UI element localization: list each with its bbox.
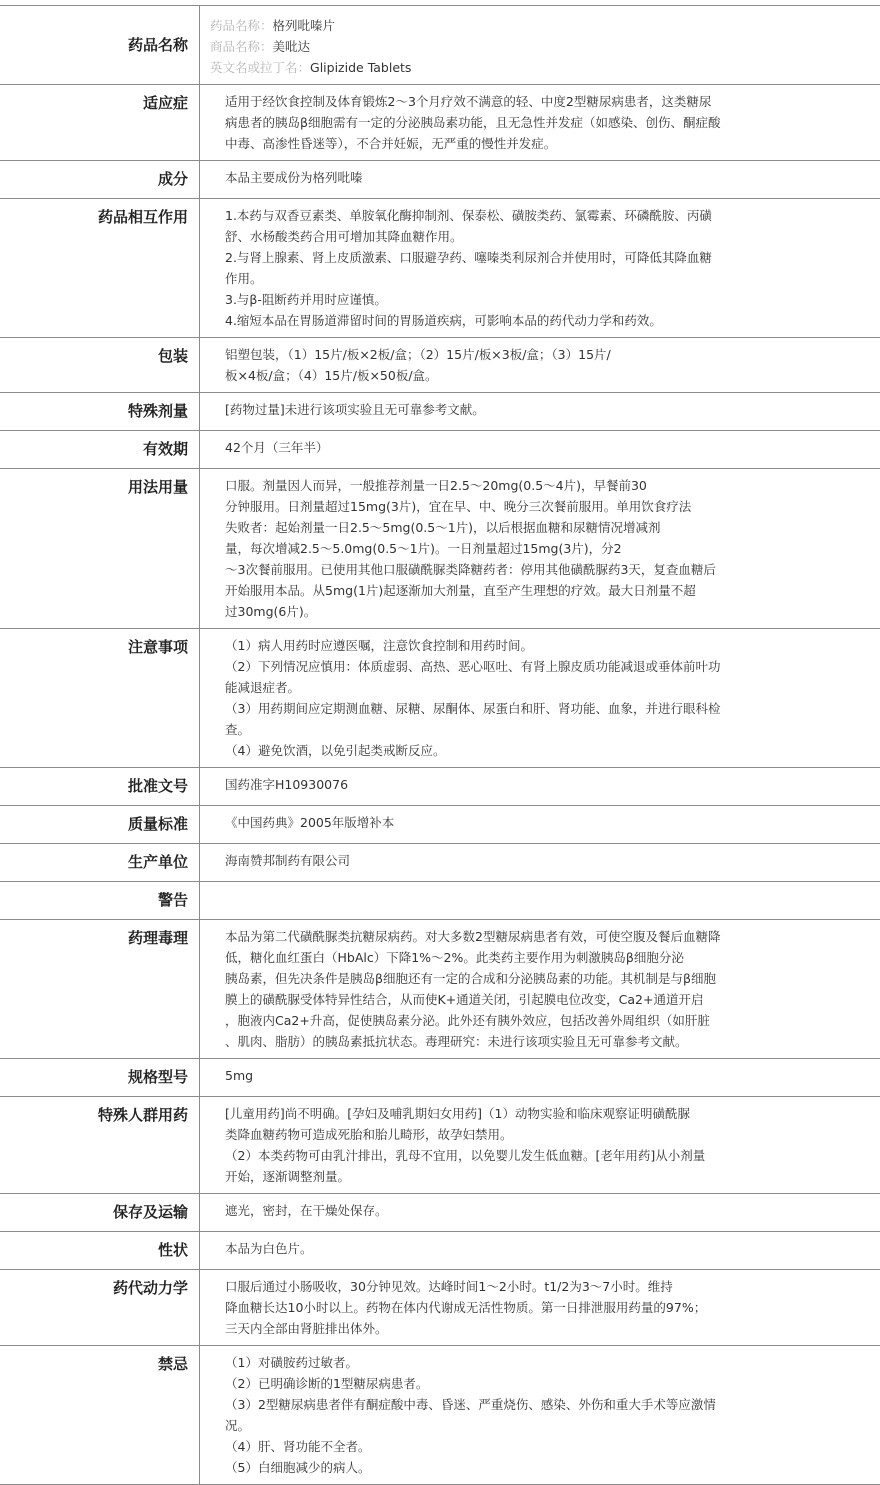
- english-name-key: 英文名或拉丁名：: [210, 60, 310, 75]
- row-value: 本品主要成份为格列吡嗪: [200, 161, 880, 199]
- table-row: 注意事项（1）病人用药时应遵医嘱，注意饮食控制和用药时间。（2）下列情况应慎用：…: [0, 629, 880, 768]
- row-label: 药品相互作用: [0, 199, 200, 338]
- row-label: 适应症: [0, 85, 200, 161]
- row-value: 铝塑包装，（1）15片/板×2板/盒；（2）15片/板×3板/盒；（3）15片/…: [200, 338, 880, 393]
- value-line: 本品为白色片。: [225, 1238, 790, 1259]
- value-line: （1）病人用药时应遵医嘱，注意饮食控制和用药时间。: [225, 635, 790, 656]
- value-line: 本品为第二代磺酰脲类抗糖尿病药。对大多数2型糖尿病患者有效，可使空腹及餐后血糖降: [225, 926, 790, 947]
- table-row: 特殊剂量[药物过量]未进行该项实验且无可靠参考文献。: [0, 393, 880, 431]
- table-row: 禁忌（1）对磺胺药过敏者。（2）已明确诊断的1型糖尿病患者。（3）2型糖尿病患者…: [0, 1346, 880, 1451]
- table-row: 药理毒理本品为第二代磺酰脲类抗糖尿病药。对大多数2型糖尿病患者有效，可使空腹及餐…: [0, 920, 880, 1059]
- value-line: ～3次餐前服用。已使用其他口服磺酰脲类降糖药者：停用其他磺酰脲药3天，复查血糖后: [225, 559, 790, 580]
- table-row: 规格型号5mg: [0, 1059, 880, 1097]
- trade-name-line: 商品名称：美吡达: [210, 36, 870, 57]
- table-row: 质量标准《中国药典》2005年版增补本: [0, 806, 880, 844]
- value-line: （2）本类药物可由乳汁排出，乳母不宜用，以免婴儿发生低血糖。[老年用药]从小剂量: [225, 1145, 790, 1166]
- row-label: 警告: [0, 882, 200, 920]
- value-line: 国药准字H10930076: [225, 774, 790, 795]
- value-line: 1.本药与双香豆素类、单胺氧化酶抑制剂、保泰松、磺胺类药、氯霉素、环磷酰胺、丙磺: [225, 205, 790, 226]
- row-label: 药品名称: [0, 6, 200, 85]
- value-line: 量，每次增减2.5～5.0mg(0.5～1片)。一日剂量超过15mg(3片)，分…: [225, 538, 790, 559]
- generic-name-key: 药品名称：: [210, 18, 273, 33]
- value-line: 板×4板/盒；（4）15片/板×50板/盒。: [225, 365, 790, 386]
- english-name-line: 英文名或拉丁名：Glipizide Tablets: [210, 57, 870, 78]
- value-line: 三天内全部由肾脏排出体外。: [225, 1318, 790, 1339]
- value-line: ，胞液内Ca2+升高，促使胰岛素分泌。此外还有胰外效应，包括改善外周组织（如肝脏: [225, 1010, 790, 1031]
- row-value: 42个月（三年半）: [200, 431, 880, 469]
- value-line: 5mg: [225, 1065, 790, 1086]
- row-label: 批准文号: [0, 768, 200, 806]
- value-line: 胰岛素，但先决条件是胰岛β细胞还有一定的合成和分泌胰岛素的功能。其机制是与β细胞: [225, 968, 790, 989]
- row-label: 特殊剂量: [0, 393, 200, 431]
- value-line: 类降血糖药物可造成死胎和胎儿畸形，故孕妇禁用。: [225, 1124, 790, 1145]
- row-value: 国药准字H10930076: [200, 768, 880, 806]
- value-line: 遮光，密封，在干燥处保存。: [225, 1200, 790, 1221]
- table-row-drug-name: 药品名称 药品名称：格列吡嗪片 商品名称：美吡达 英文名或拉丁名：Glipizi…: [0, 6, 880, 85]
- value-line: 口服。剂量因人而异，一般推荐剂量一日2.5～20mg(0.5～4片)，早餐前30: [225, 475, 790, 496]
- row-value: [药物过量]未进行该项实验且无可靠参考文献。: [200, 393, 880, 431]
- value-line: （3）用药期间应定期测血糖、尿糖、尿酮体、尿蛋白和肝、肾功能、血象，并进行眼科检: [225, 698, 790, 719]
- row-value: [200, 882, 880, 920]
- value-line: 失败者：起始剂量一日2.5～5mg(0.5～1片)，以后根据血糖和尿糖情况增减剂: [225, 517, 790, 538]
- value-line: 能减退症者。: [225, 677, 790, 698]
- row-label: 生产单位: [0, 844, 200, 882]
- row-value: 口服。剂量因人而异，一般推荐剂量一日2.5～20mg(0.5～4片)，早餐前30…: [200, 469, 880, 629]
- row-value: 5mg: [200, 1059, 880, 1097]
- value-line: 《中国药典》2005年版增补本: [225, 812, 790, 833]
- table-row: 适应症适用于经饮食控制及体育锻炼2～3个月疗效不满意的轻、中度2型糖尿病患者，这…: [0, 85, 880, 161]
- table-row: 用法用量口服。剂量因人而异，一般推荐剂量一日2.5～20mg(0.5～4片)，早…: [0, 469, 880, 629]
- table-row: 特殊人群用药[儿童用药]尚不明确。[孕妇及哺乳期妇女用药]（1）动物实验和临床观…: [0, 1097, 880, 1194]
- row-label: 规格型号: [0, 1059, 200, 1097]
- generic-name-line: 药品名称：格列吡嗪片: [210, 15, 870, 36]
- row-value: （1）对磺胺药过敏者。（2）已明确诊断的1型糖尿病患者。（3）2型糖尿病患者伴有…: [200, 1346, 880, 1451]
- value-line: 舒、水杨酸类药合用可增加其降血糖作用。: [225, 226, 790, 247]
- value-line: 、肌肉、脂肪）的胰岛素抵抗状态。毒理研究：未进行该项实验且无可靠参考文献。: [225, 1031, 790, 1052]
- value-line: 低，糖化血红蛋白（HbAlc）下降1%～2%。此类药主要作用为刺激胰岛β细胞分泌: [225, 947, 790, 968]
- row-label: 药理毒理: [0, 920, 200, 1059]
- row-value: 本品为白色片。: [200, 1232, 880, 1270]
- row-value: [儿童用药]尚不明确。[孕妇及哺乳期妇女用药]（1）动物实验和临床观察证明磺酰脲…: [200, 1097, 880, 1194]
- generic-name-value: 格列吡嗪片: [273, 18, 336, 33]
- value-line: 铝塑包装，（1）15片/板×2板/盒；（2）15片/板×3板/盒；（3）15片/: [225, 344, 790, 365]
- table-row: 保存及运输遮光，密封，在干燥处保存。: [0, 1194, 880, 1232]
- value-line: [儿童用药]尚不明确。[孕妇及哺乳期妇女用药]（1）动物实验和临床观察证明磺酰脲: [225, 1103, 790, 1124]
- row-label: 用法用量: [0, 469, 200, 629]
- table-row: 包装铝塑包装，（1）15片/板×2板/盒；（2）15片/板×3板/盒；（3）15…: [0, 338, 880, 393]
- english-name-value: Glipizide Tablets: [310, 60, 411, 75]
- table-row: 有效期42个月（三年半）: [0, 431, 880, 469]
- row-label: 注意事项: [0, 629, 200, 768]
- trade-name-key: 商品名称：: [210, 39, 273, 54]
- value-line: 本品主要成份为格列吡嗪: [225, 167, 790, 188]
- row-label: 有效期: [0, 431, 200, 469]
- table-row: 生产单位海南赞邦制药有限公司: [0, 844, 880, 882]
- value-line: 开始服用本品。从5mg(1片)起逐渐加大剂量，直至产生理想的疗效。最大日剂量不超: [225, 580, 790, 601]
- row-value: 《中国药典》2005年版增补本: [200, 806, 880, 844]
- value-line: （4）肝、肾功能不全者。: [225, 1436, 790, 1450]
- value-line: 膜上的磺酰脲受体特异性结合，从而使K+通道关闭，引起膜电位改变，Ca2+通道开启: [225, 989, 790, 1010]
- table-row: 警告: [0, 882, 880, 920]
- row-label: 特殊人群用药: [0, 1097, 200, 1194]
- value-line: （4）避免饮酒，以免引起类戒断反应。: [225, 740, 790, 761]
- value-line: 病患者的胰岛β细胞需有一定的分泌胰岛素功能，且无急性并发症（如感染、创伤、酮症酸: [225, 112, 790, 133]
- value-line: （2）下列情况应慎用：体质虚弱、高热、恶心呕吐、有肾上腺皮质功能减退或垂体前叶功: [225, 656, 790, 677]
- value-line: 4.缩短本品在胃肠道滞留时间的胃肠道疾病，可影响本品的药代动力学和药效。: [225, 310, 790, 331]
- table-row: 成分本品主要成份为格列吡嗪: [0, 161, 880, 199]
- table-row: 批准文号国药准字H10930076: [0, 768, 880, 806]
- value-line: 查。: [225, 719, 790, 740]
- row-label: 性状: [0, 1232, 200, 1270]
- table-row: 药品相互作用1.本药与双香豆素类、单胺氧化酶抑制剂、保泰松、磺胺类药、氯霉素、环…: [0, 199, 880, 338]
- row-value: 遮光，密封，在干燥处保存。: [200, 1194, 880, 1232]
- value-line: 过30mg(6片)。: [225, 601, 790, 622]
- drug-spec-document: 药品名称 药品名称：格列吡嗪片 商品名称：美吡达 英文名或拉丁名：Glipizi…: [0, 5, 880, 1450]
- row-label: 药代动力学: [0, 1270, 200, 1346]
- row-label: 成分: [0, 161, 200, 199]
- empty-value: [225, 888, 790, 908]
- row-label: 保存及运输: [0, 1194, 200, 1232]
- value-line: 分钟服用。日剂量超过15mg(3片)，宜在早、中、晚分三次餐前服用。单用饮食疗法: [225, 496, 790, 517]
- value-line: 2.与肾上腺素、肾上皮质激素、口服避孕药、噻嗪类利尿剂合并使用时，可降低其降血糖: [225, 247, 790, 268]
- table-row: 药代动力学口服后通过小肠吸收，30分钟见效。达峰时间1～2小时。t1/2为3～7…: [0, 1270, 880, 1346]
- drug-spec-table: 药品名称 药品名称：格列吡嗪片 商品名称：美吡达 英文名或拉丁名：Glipizi…: [0, 5, 880, 1450]
- value-line: [药物过量]未进行该项实验且无可靠参考文献。: [225, 399, 790, 420]
- row-label: 包装: [0, 338, 200, 393]
- value-line: 口服后通过小肠吸收，30分钟见效。达峰时间1～2小时。t1/2为3～7小时。维持: [225, 1276, 790, 1297]
- value-line: 3.与β-阻断药并用时应谨慎。: [225, 289, 790, 310]
- row-value: （1）病人用药时应遵医嘱，注意饮食控制和用药时间。（2）下列情况应慎用：体质虚弱…: [200, 629, 880, 768]
- value-line: 况。: [225, 1415, 790, 1436]
- value-line: 42个月（三年半）: [225, 437, 790, 458]
- value-line: 适用于经饮食控制及体育锻炼2～3个月疗效不满意的轻、中度2型糖尿病患者，这类糖尿: [225, 91, 790, 112]
- value-line: 中毒、高渗性昏迷等），不合并妊娠，无严重的慢性并发症。: [225, 133, 790, 154]
- value-line: 降血糖长达10小时以上。药物在体内代谢成无活性物质。第一日排泄服用药量的97%；: [225, 1297, 790, 1318]
- value-line: 开始，逐渐调整剂量。: [225, 1166, 790, 1187]
- value-line: （3）2型糖尿病患者伴有酮症酸中毒、昏迷、严重烧伤、感染、外伤和重大手术等应激情: [225, 1394, 790, 1415]
- row-value: 海南赞邦制药有限公司: [200, 844, 880, 882]
- trade-name-value: 美吡达: [273, 39, 311, 54]
- value-line: 海南赞邦制药有限公司: [225, 850, 790, 871]
- row-value: 适用于经饮食控制及体育锻炼2～3个月疗效不满意的轻、中度2型糖尿病患者，这类糖尿…: [200, 85, 880, 161]
- row-value: 本品为第二代磺酰脲类抗糖尿病药。对大多数2型糖尿病患者有效，可使空腹及餐后血糖降…: [200, 920, 880, 1059]
- drug-name-values: 药品名称：格列吡嗪片 商品名称：美吡达 英文名或拉丁名：Glipizide Ta…: [200, 6, 880, 85]
- value-line: 作用。: [225, 268, 790, 289]
- value-line: （2）已明确诊断的1型糖尿病患者。: [225, 1373, 790, 1394]
- row-value: 1.本药与双香豆素类、单胺氧化酶抑制剂、保泰松、磺胺类药、氯霉素、环磷酰胺、丙磺…: [200, 199, 880, 338]
- row-value: 口服后通过小肠吸收，30分钟见效。达峰时间1～2小时。t1/2为3～7小时。维持…: [200, 1270, 880, 1346]
- row-label: 质量标准: [0, 806, 200, 844]
- table-row: 性状本品为白色片。: [0, 1232, 880, 1270]
- value-line: （1）对磺胺药过敏者。: [225, 1352, 790, 1373]
- row-label: 禁忌: [0, 1346, 200, 1451]
